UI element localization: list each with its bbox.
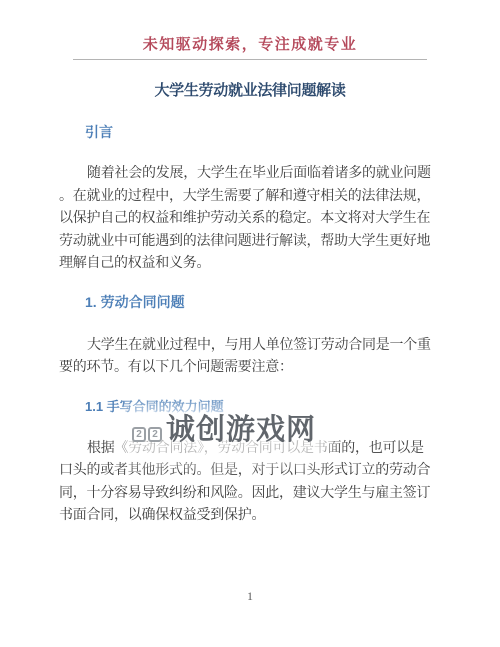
page-number: 1 [0, 589, 500, 603]
section-heading-1: 1. 劳动合同问题 [85, 294, 500, 310]
section-1-1-paragraph: 根据《劳动合同法》，劳动合同可以是书面的，也可以是口头的或者其他形式的。但是，对… [59, 436, 439, 526]
header-slogan: 未知驱动探索，专注成就专业 [0, 37, 500, 53]
section-heading-1-1: 1.1 手写合同的效力问题 [85, 399, 500, 414]
intro-paragraph: 随着社会的发展，大学生在毕业后面临着诸多的就业问题。在就业的过程中，大学生需要了… [59, 161, 439, 274]
section-1-paragraph: 大学生在就业过程中，与用人单位签订劳动合同是一个重要的环节。有以下几个问题需要注… [59, 333, 439, 378]
header-divider [73, 59, 427, 60]
document-title: 大学生劳动就业法律问题解读 [0, 82, 500, 100]
section-heading-intro: 引言 [85, 124, 500, 140]
document-page: 未知驱动探索，专注成就专业 大学生劳动就业法律问题解读 引言 随着社会的发展，大… [0, 0, 500, 647]
